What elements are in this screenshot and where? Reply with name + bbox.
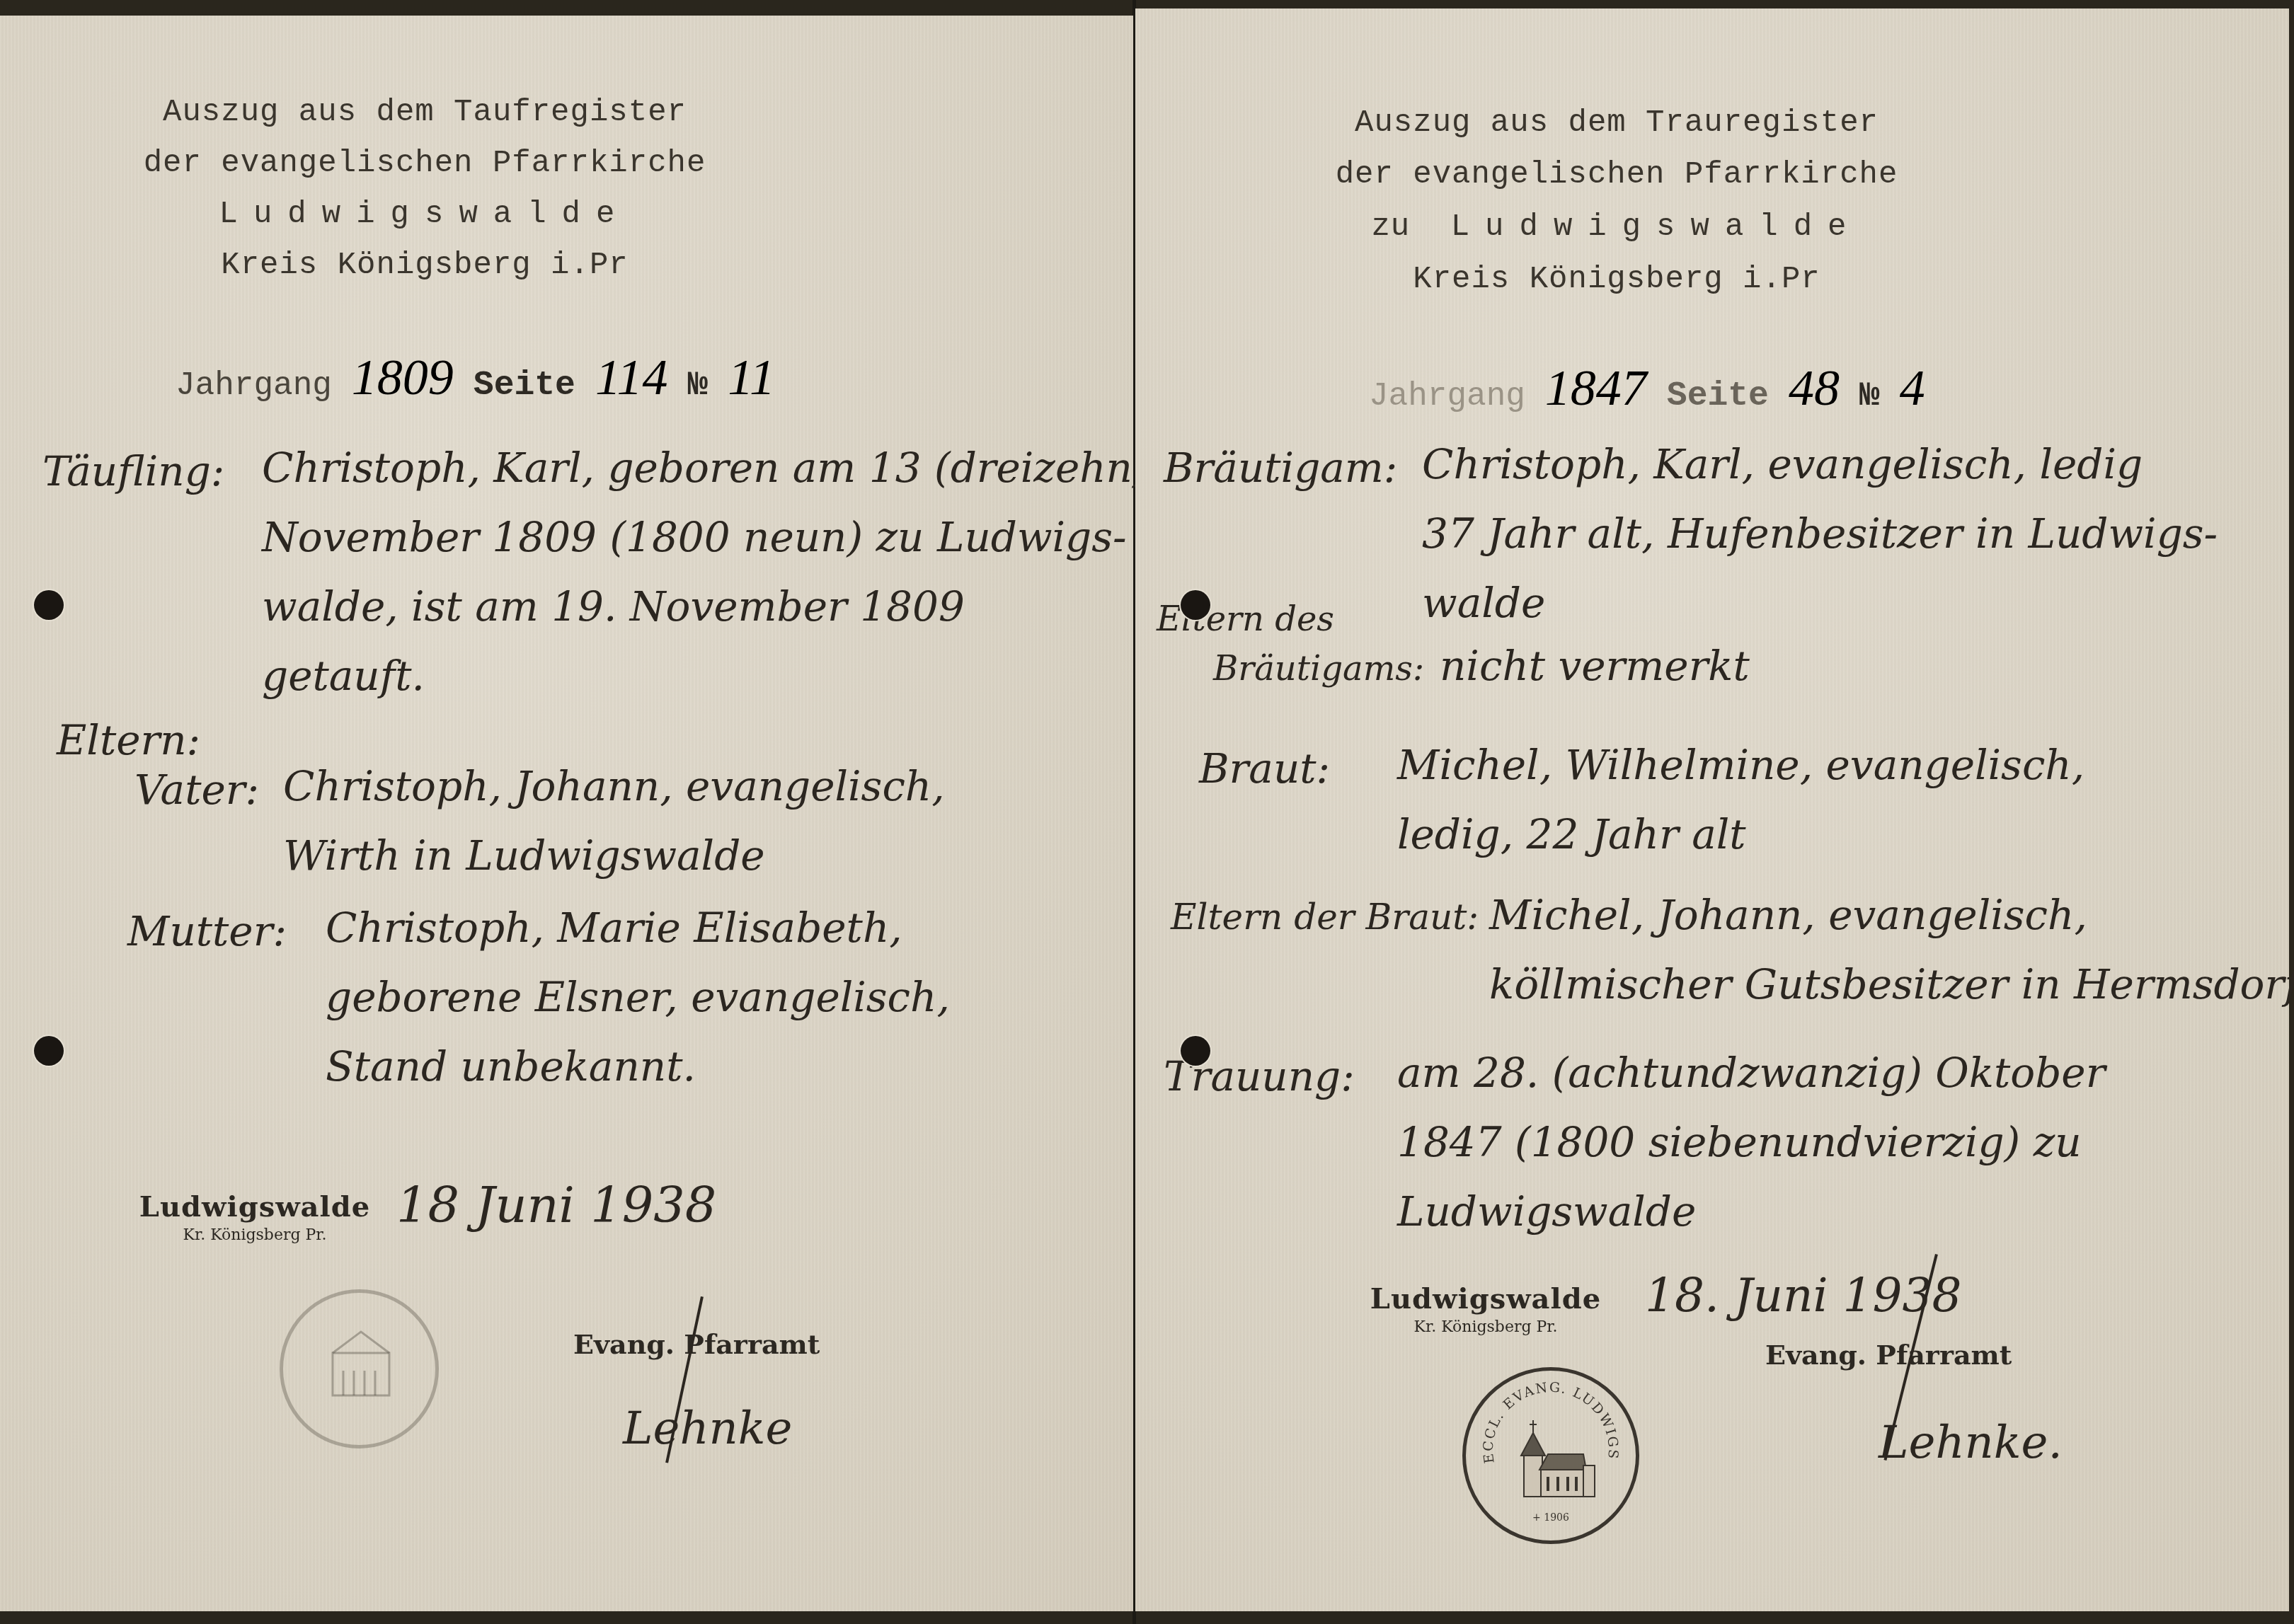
seal-year: + 1906 — [1532, 1512, 1569, 1524]
wedding-line: Ludwigswalde — [1397, 1177, 2105, 1246]
bride-parents-line: Michel, Johann, evangelisch, — [1489, 880, 2294, 950]
father-entry: Christoph, Johann, evangelisch, Wirth in… — [283, 751, 945, 890]
father-line: Wirth in Ludwigswalde — [283, 821, 945, 890]
place-name: Ludwigswalde — [138, 1190, 372, 1223]
punch-hole — [34, 1036, 64, 1066]
page-value: 48 — [1789, 359, 1840, 417]
place-name: Ludwigswalde — [1369, 1282, 1602, 1315]
child-line: walde, ist am 19. November 1809 — [262, 572, 1149, 641]
number-label: № — [1859, 377, 1880, 415]
groom-line: Christoph, Karl, evangelisch, ledig — [1422, 430, 2218, 499]
pastor-signature: Lehnke. — [1879, 1417, 2063, 1469]
issue-date: 18. Juni 1938 — [1645, 1268, 1961, 1323]
parish-office: Evang. Pfarramt — [1765, 1339, 2012, 1371]
header-title: Auszug aus dem Trauregister — [1334, 97, 1900, 149]
child-line: November 1809 (1800 neun) zu Ludwigs- — [262, 502, 1149, 572]
parish-office: Evang. Pfarramt — [573, 1328, 820, 1360]
year-label: Jahrgang — [1369, 378, 1525, 415]
mother-line: geborene Elsner, evangelisch, — [326, 962, 950, 1032]
year-label: Jahrgang — [176, 367, 332, 404]
header-parish-row: zu Ludwigswalde — [1334, 201, 1900, 253]
header-parish: Ludwigswalde — [1451, 209, 1862, 245]
year-value: 1809 — [352, 348, 454, 407]
child-label: Täufling: — [42, 447, 224, 495]
header-district: Kreis Königsberg i.Pr — [1334, 253, 1900, 306]
child-line: Christoph, Karl, geboren am 13 (dreizehn… — [262, 433, 1149, 502]
mother-line: Christoph, Marie Elisabeth, — [326, 893, 950, 962]
page-label: Seite — [474, 367, 575, 405]
number-value: 11 — [728, 348, 775, 407]
groom-parents-value: nicht vermerkt — [1440, 631, 1750, 701]
groom-line: walde — [1422, 568, 2218, 638]
seal-text: ECCL. EVANG. LUDWIGSWALD. — [1466, 1371, 1621, 1464]
pastor-signature: Lehnke — [623, 1403, 792, 1455]
groom-label: Bräutigam: — [1164, 444, 1397, 492]
place-stamp: Ludwigswalde Kr. Königsberg Pr. — [1369, 1282, 1602, 1336]
number-label: № — [688, 367, 709, 405]
bride-parents-line: köllmischer Gutsbesitzer in Hermsdorf — [1489, 950, 2294, 1019]
register-reference: Jahrgang 1847 Seite 48 № 4 — [1369, 359, 1925, 417]
header-prefix: zu — [1371, 209, 1410, 245]
header-district: Kreis Königsberg i.Pr — [0, 239, 849, 292]
marriage-register-extract: Auszug aus dem Trauregister der evangeli… — [1135, 8, 2289, 1611]
groom-entry: Christoph, Karl, evangelisch, ledig 37 J… — [1422, 430, 2218, 638]
place-district: Kr. Königsberg Pr. — [1369, 1318, 1602, 1336]
punch-hole — [1181, 590, 1210, 620]
place-stamp: Ludwigswalde Kr. Königsberg Pr. — [138, 1190, 372, 1244]
punch-hole — [34, 590, 64, 620]
child-line: getauft. — [262, 641, 1149, 710]
mother-entry: Christoph, Marie Elisabeth, geborene Els… — [326, 893, 950, 1101]
church-seal — [280, 1289, 439, 1449]
church-seal: ECCL. EVANG. LUDWIGSWALD. + 1906 — [1462, 1367, 1639, 1544]
svg-text:ECCL. EVANG. LUDWIGSWALD.: ECCL. EVANG. LUDWIGSWALD. — [1466, 1371, 1621, 1464]
groom-parents-label-2: Bräutigams: — [1213, 649, 1424, 689]
header-church: der evangelischen Pfarrkirche — [0, 137, 849, 190]
header-title: Auszug aus dem Taufregister — [0, 86, 849, 139]
mother-label: Mutter: — [127, 907, 287, 955]
number-value: 4 — [1900, 359, 1925, 417]
header-church: der evangelischen Pfarrkirche — [1334, 149, 1900, 201]
groom-line: 37 Jahr alt, Hufenbesitzer in Ludwigs- — [1422, 499, 2218, 568]
register-reference: Jahrgang 1809 Seite 114 № 11 — [176, 348, 775, 407]
church-icon: ECCL. EVANG. LUDWIGSWALD. + 1906 — [1466, 1371, 1636, 1541]
child-entry: Christoph, Karl, geboren am 13 (dreizehn… — [262, 433, 1149, 710]
punch-hole — [1181, 1036, 1210, 1066]
mother-line: Stand unbekannt. — [326, 1032, 950, 1101]
page-label: Seite — [1667, 377, 1769, 415]
wedding-entry: am 28. (achtundzwanzig) Oktober 1847 (18… — [1397, 1038, 2105, 1246]
father-label: Vater: — [134, 766, 259, 814]
baptism-register-extract: Auszug aus dem Taufregister der evangeli… — [0, 16, 1133, 1611]
bride-line: ledig, 22 Jahr alt — [1397, 800, 2084, 869]
bride-parents-label: Eltern der Braut: — [1171, 897, 1479, 938]
father-line: Christoph, Johann, evangelisch, — [283, 751, 945, 821]
church-icon — [283, 1293, 435, 1445]
wedding-line: am 28. (achtundzwanzig) Oktober — [1397, 1038, 2105, 1107]
bride-label: Braut: — [1199, 744, 1330, 793]
page-value: 114 — [595, 348, 668, 407]
header-parish: Ludwigswalde — [0, 188, 849, 241]
place-district: Kr. Königsberg Pr. — [138, 1226, 372, 1244]
wedding-line: 1847 (1800 siebenundvierzig) zu — [1397, 1107, 2105, 1177]
bride-parents-entry: Michel, Johann, evangelisch, köllmischer… — [1489, 880, 2294, 1019]
bride-entry: Michel, Wilhelmine, evangelisch, ledig, … — [1397, 730, 2084, 869]
year-value: 1847 — [1545, 359, 1647, 417]
bride-line: Michel, Wilhelmine, evangelisch, — [1397, 730, 2084, 800]
issue-date: 18 Juni 1938 — [396, 1176, 716, 1234]
parents-label: Eltern: — [57, 716, 200, 764]
